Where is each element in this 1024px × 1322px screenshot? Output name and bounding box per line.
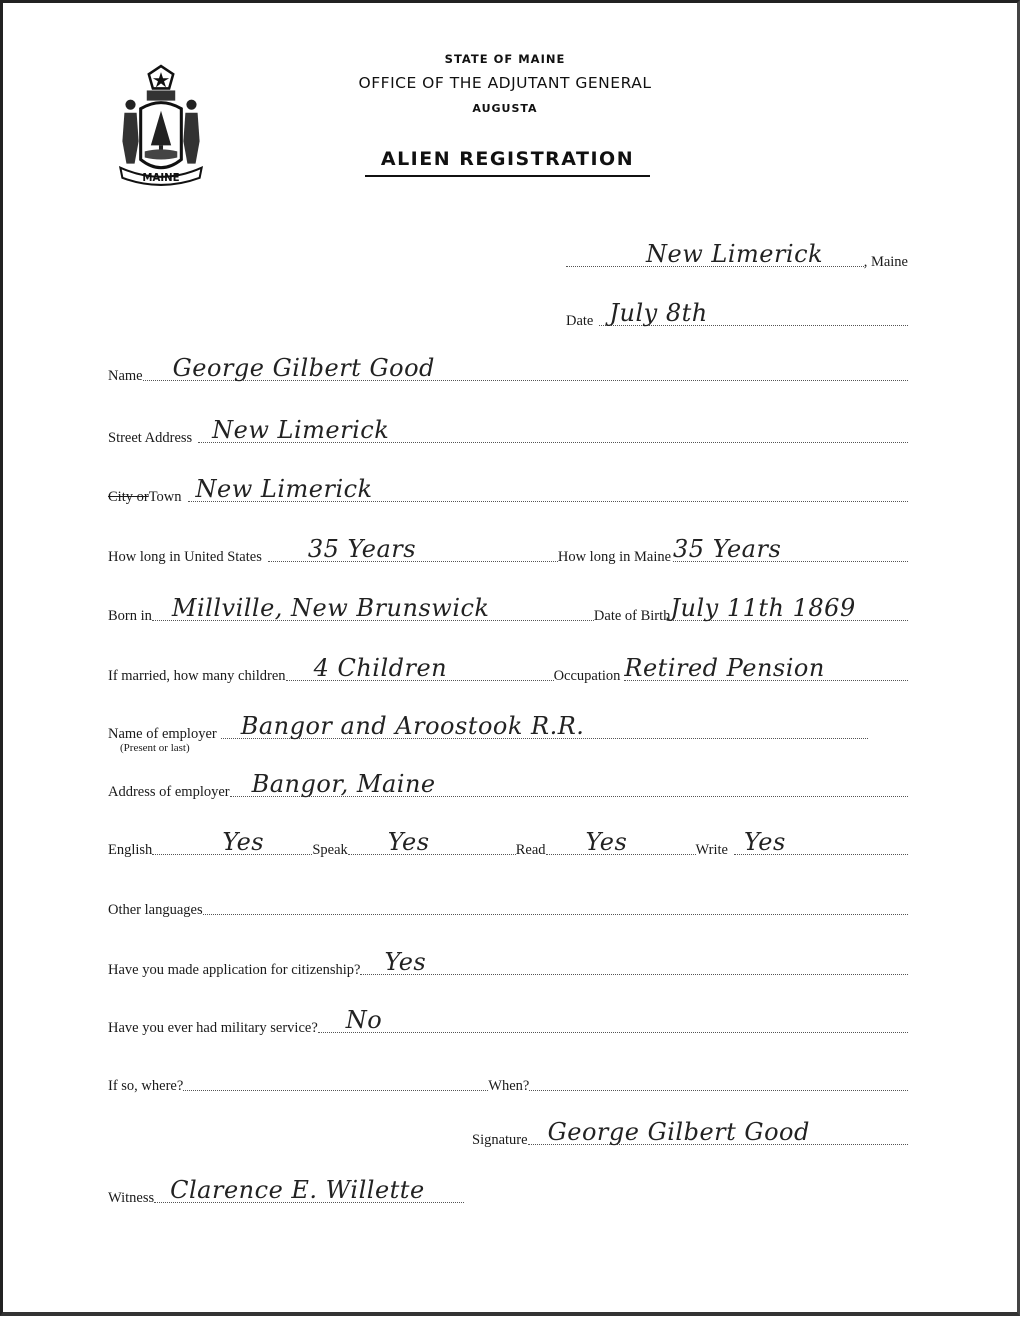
speak-label: Speak <box>312 842 347 858</box>
signature-label: Signature <box>472 1132 528 1148</box>
children-label: If married, how many children <box>108 668 286 684</box>
witness-label: Witness <box>108 1190 154 1206</box>
street-row: Street Address New Limerick <box>108 422 908 446</box>
write-field[interactable]: Yes <box>734 854 908 855</box>
dob-value: July 11th 1869 <box>670 594 855 622</box>
where-field[interactable] <box>183 1090 488 1091</box>
born-label: Born in <box>108 608 152 624</box>
date-field[interactable]: July 8th <box>599 325 908 326</box>
citizenship-label: Have you made application for citizenshi… <box>108 962 360 978</box>
born-field[interactable]: Millville, New Brunswick <box>152 620 594 621</box>
write-value: Yes <box>744 828 786 856</box>
english-field[interactable]: Yes <box>152 854 312 855</box>
employer-address-field[interactable]: Bangor, Maine <box>230 796 908 797</box>
citizenship-field[interactable]: Yes <box>360 974 908 975</box>
write-label: Write <box>696 842 728 858</box>
header-city: AUGUSTA <box>330 102 680 115</box>
employer-address-row: Address of employer Bangor, Maine <box>108 776 908 800</box>
read-label: Read <box>516 842 546 858</box>
years-maine-label: How long in Maine <box>558 549 671 565</box>
read-value: Yes <box>586 828 628 856</box>
children-field[interactable]: 4 Children <box>286 680 554 681</box>
dob-field[interactable]: July 11th 1869 <box>670 620 908 621</box>
children-value: 4 Children <box>314 654 448 682</box>
form-title: ALIEN REGISTRATION <box>365 148 650 177</box>
page-border <box>0 0 1020 1316</box>
years-us-field[interactable]: 35 Years <box>268 561 558 562</box>
occupation-field[interactable]: Retired Pension <box>624 680 908 681</box>
other-languages-row: Other languages <box>108 894 908 918</box>
name-row: Name George Gilbert Good <box>108 360 908 384</box>
when-label: When? <box>488 1078 529 1094</box>
where-label: If so, where? <box>108 1078 183 1094</box>
place-suffix: , Maine <box>864 254 908 270</box>
language-row: English Yes Speak Yes Read Yes Write Yes <box>108 834 908 858</box>
military-value: No <box>346 1006 382 1034</box>
name-value: George Gilbert Good <box>173 354 435 382</box>
employer-address-value: Bangor, Maine <box>252 770 436 798</box>
years-us-value: 35 Years <box>308 535 416 563</box>
name-label: Name <box>108 368 143 384</box>
town-row: City or Town New Limerick <box>108 481 908 505</box>
employer-value: Bangor and Aroostook R.R. <box>241 712 585 740</box>
witness-row: Witness Clarence E. Willette <box>108 1182 464 1206</box>
date-row: Date July 8th <box>566 305 908 329</box>
birth-row: Born in Millville, New Brunswick Date of… <box>108 600 908 624</box>
read-field[interactable]: Yes <box>546 854 696 855</box>
occupation-value: Retired Pension <box>624 654 824 682</box>
svg-text:MAINE: MAINE <box>142 173 179 184</box>
town-label-struck: City or <box>108 489 149 505</box>
years-us-label: How long in United States <box>108 549 262 565</box>
military-row: Have you ever had military service? No <box>108 1012 908 1036</box>
years-maine-field[interactable]: 35 Years <box>673 561 908 562</box>
english-label: English <box>108 842 152 858</box>
english-value: Yes <box>222 828 264 856</box>
signature-field[interactable]: George Gilbert Good <box>528 1144 908 1145</box>
town-value: New Limerick <box>196 475 373 503</box>
date-value: July 8th <box>609 299 707 327</box>
speak-value: Yes <box>388 828 430 856</box>
residence-row: How long in United States 35 Years How l… <box>108 541 908 565</box>
citizenship-row: Have you made application for citizenshi… <box>108 954 908 978</box>
maine-state-seal-icon: MAINE <box>110 62 212 188</box>
place-row: New Limerick , Maine <box>566 246 908 270</box>
witness-field[interactable]: Clarence E. Willette <box>154 1202 464 1203</box>
employer-field[interactable]: Bangor and Aroostook R.R. <box>221 738 868 739</box>
dob-label: Date of Birth <box>594 608 671 624</box>
place-field[interactable]: New Limerick <box>566 266 864 267</box>
years-maine-value: 35 Years <box>673 535 781 563</box>
when-field[interactable] <box>529 1090 908 1091</box>
name-field[interactable]: George Gilbert Good <box>143 380 908 381</box>
employer-sublabel: (Present or last) <box>120 742 190 754</box>
town-field[interactable]: New Limerick <box>188 501 908 502</box>
born-value: Millville, New Brunswick <box>172 594 490 622</box>
citizenship-value: Yes <box>384 948 426 976</box>
employer-label: Name of employer <box>108 726 217 742</box>
street-field[interactable]: New Limerick <box>198 442 908 443</box>
town-label: Town <box>149 489 182 505</box>
family-row: If married, how many children 4 Children… <box>108 660 908 684</box>
signature-row: Signature George Gilbert Good <box>472 1124 908 1148</box>
service-detail-row: If so, where? When? <box>108 1070 908 1094</box>
place-value: New Limerick <box>646 240 823 268</box>
other-languages-field[interactable] <box>203 914 908 915</box>
military-label: Have you ever had military service? <box>108 1020 318 1036</box>
speak-field[interactable]: Yes <box>348 854 516 855</box>
military-field[interactable]: No <box>318 1032 908 1033</box>
occupation-label: Occupation <box>554 668 621 684</box>
street-value: New Limerick <box>212 416 389 444</box>
street-label: Street Address <box>108 430 192 446</box>
employer-address-label: Address of employer <box>108 784 230 800</box>
header-state: STATE OF MAINE <box>330 52 680 66</box>
witness-value: Clarence E. Willette <box>170 1176 425 1204</box>
header-office: OFFICE OF THE ADJUTANT GENERAL <box>330 74 680 92</box>
signature-value: George Gilbert Good <box>548 1118 810 1146</box>
date-label: Date <box>566 313 593 329</box>
employer-row: Name of employer Bangor and Aroostook R.… <box>108 718 908 742</box>
other-languages-label: Other languages <box>108 902 203 918</box>
